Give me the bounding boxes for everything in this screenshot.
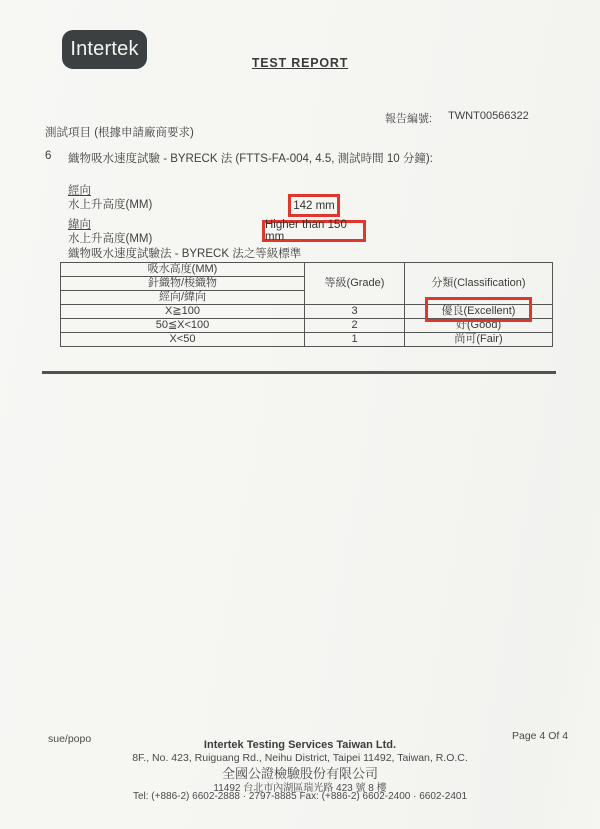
- test-items-heading: 測試項目 (根據申請廠商要求): [45, 124, 194, 140]
- range-cell: X<50: [61, 333, 305, 347]
- page-title: TEST REPORT: [0, 56, 600, 70]
- test-item-6: 6 織物吸水速度試驗 - BYRECK 法 (FTTS-FA-004, 4.5,…: [45, 150, 433, 166]
- warp-result-value: 142 mm: [293, 200, 335, 212]
- test-item-number: 6: [45, 150, 68, 166]
- table-row: 吸水高度(MM) 等級(Grade) 分類(Classification): [61, 263, 553, 277]
- weft-parameter-label: 水上升高度(MM): [68, 230, 152, 246]
- grade-cell: 3: [305, 305, 405, 319]
- header-directions: 經向/緯向: [61, 291, 305, 305]
- table-row: X<50 1 尚可(Fair): [61, 333, 553, 347]
- range-cell: 50≦X<100: [61, 319, 305, 333]
- scanned-test-report-page: Intertek TEST REPORT 報告編號: TWNT00566322 …: [0, 0, 600, 829]
- report-end-divider: [42, 371, 556, 374]
- excellent-highlight-box: [425, 297, 532, 322]
- grade-cell: 2: [305, 319, 405, 333]
- header-fabric-types: 針織物/梭織物: [61, 277, 305, 291]
- footer-company-en: Intertek Testing Services Taiwan Ltd.: [0, 739, 600, 751]
- warp-parameter-label: 水上升高度(MM): [68, 196, 152, 212]
- footer-tel-fax: Tel: (+886-2) 6602-2888 · 2797-8885 Fax:…: [0, 791, 600, 802]
- grading-table-title: 織物吸水速度試驗法 - BYRECK 法之等級標準: [68, 245, 301, 261]
- report-number-value: TWNT00566322: [448, 110, 529, 126]
- grade-cell: 1: [305, 333, 405, 347]
- header-grade: 等級(Grade): [305, 263, 405, 305]
- report-number-label: 報告編號:: [385, 110, 432, 126]
- test-item-title: 織物吸水速度試驗 - BYRECK 法 (FTTS-FA-004, 4.5, 測…: [68, 150, 433, 166]
- classification-cell: 尚可(Fair): [405, 333, 553, 347]
- report-number: 報告編號: TWNT00566322: [385, 110, 529, 126]
- warp-result-highlight-box: 142 mm: [288, 194, 340, 217]
- weft-result-highlight-box: Higher than 150 mm: [262, 220, 366, 242]
- header-absorption-height: 吸水高度(MM): [61, 263, 305, 277]
- range-cell: X≧100: [61, 305, 305, 319]
- weft-result-value: Higher than 150 mm: [265, 219, 363, 243]
